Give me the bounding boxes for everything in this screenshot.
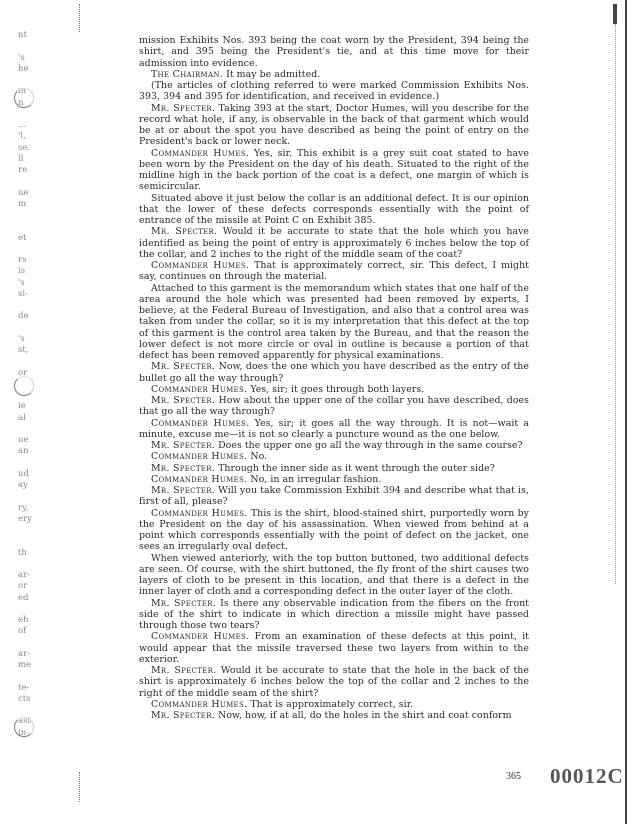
bleed-fragment [18,705,42,716]
speaker-name: Commander Humes. [151,508,248,519]
testimony-paragraph: mission Exhibits Nos. 393 being the coat… [139,35,529,69]
speaker-name: Mr. Specter. [151,665,216,676]
bleed-fragment: ue [18,435,42,446]
scan-edge-mark [613,4,617,24]
speaker-name: Commander Humes. [151,474,247,485]
testimony-paragraph: The Chairman. It may be admitted. [139,69,529,80]
testimony-paragraph: Commander Humes. That is approximately c… [139,260,529,283]
bleed-fragment: nt [18,30,42,41]
testimony-paragraph: Situated above it just below the collar … [139,193,529,227]
bleed-fragment: ue [18,188,42,199]
punch-hole-icon [14,376,34,396]
punch-hole-icon [14,88,34,108]
paragraph-text: Yes, sir; it goes through both layers. [247,384,424,395]
testimony-paragraph: Commander Humes. This is the shirt, bloo… [139,508,529,553]
speaker-name: Mr. Specter. [151,710,215,721]
testimony-paragraph: When viewed anteriorly, with the top but… [139,553,529,598]
bleed-fragment: me [18,660,42,671]
testimony-paragraph: Commander Humes. Yes, sir; it goes throu… [139,384,529,395]
bleed-fragment: 's [18,334,42,345]
page-number: 365 [506,771,521,782]
testimony-paragraph: Mr. Specter. Will you take Commission Ex… [139,485,529,508]
testimony-paragraph: Mr. Specter. Now, does the one which you… [139,361,529,384]
bleed-fragment: ed [18,593,42,604]
speaker-name: Mr. Specter. [151,485,215,496]
punch-hole-icon [14,717,34,737]
testimony-paragraph: (The articles of clothing referred to we… [139,80,529,103]
bleed-fragment: 's [18,278,42,289]
scan-edge-mark [79,4,81,32]
paragraph-text: Through the inner side as it went throug… [215,463,495,474]
bleed-fragment [18,109,42,120]
paragraph-text: (The articles of clothing referred to we… [139,80,529,102]
scan-edge-dots [615,24,617,584]
bleed-fragment: ery [18,514,42,525]
bleed-fragment: se. [18,143,42,154]
speaker-name: Mr. Specter. [151,361,215,372]
paragraph-text: Situated above it just below the collar … [139,193,529,227]
bleed-fragment: et [18,233,42,244]
bleed-fragment [18,75,42,86]
bleed-fragment: de [18,311,42,322]
testimony-paragraph: Mr. Specter. Through the inner side as i… [139,463,529,474]
testimony-paragraph: Commander Humes. No, in an irregular fas… [139,474,529,485]
bleed-fragment: he [18,64,42,75]
speaker-name: Commander Humes. [151,699,247,710]
paragraph-text: Does the upper one go all the way throug… [215,440,523,451]
testimony-body: mission Exhibits Nos. 393 being the coat… [139,35,529,721]
bleed-fragment: si- [18,289,42,300]
speaker-name: Commander Humes. [151,260,249,271]
bleed-fragment [18,41,42,52]
testimony-paragraph: Commander Humes. That is approximately c… [139,699,529,710]
testimony-paragraph: Mr. Specter. Taking 393 at the start, Do… [139,103,529,148]
bleed-fragment [18,244,42,255]
bleed-fragment [18,356,42,367]
bleed-fragment [18,638,42,649]
bleed-fragment: ud [18,469,42,480]
speaker-name: Commander Humes. [151,418,249,429]
speaker-name: Mr. Specter. [151,440,215,451]
speaker-name: Mr. Specter. [151,395,215,406]
paragraph-text: Attached to this garment is the memorand… [139,283,529,362]
testimony-paragraph: Commander Humes. No. [139,451,529,462]
paragraph-text: No. [247,451,267,462]
bleed-fragment: or [18,581,42,592]
page-edge-rule [625,0,627,824]
bleed-fragment: ... [18,120,42,131]
speaker-name: Mr. Specter. [151,463,215,474]
testimony-paragraph: Mr. Specter. Does the upper one go all t… [139,440,529,451]
speaker-name: Commander Humes. [151,384,247,395]
testimony-paragraph: Mr. Specter. Would it be accurate to sta… [139,226,529,260]
bleed-fragment: cts [18,694,42,705]
speaker-name: Commander Humes. [151,148,249,159]
testimony-paragraph: Mr. Specter. Now, how, if at all, do the… [139,710,529,721]
speaker-name: Mr. Specter. [151,103,215,114]
testimony-paragraph: Commander Humes. From an examination of … [139,631,529,665]
scanned-page: nt'shemn...'l,se.llreuemetrsis'ssi-de'ss… [0,0,640,824]
bleed-fragment: is [18,266,42,277]
bleed-fragment [18,525,42,536]
bleed-fragment: al [18,413,42,424]
bleed-fragment [18,491,42,502]
testimony-paragraph: Commander Humes. Yes, sir. This exhibit … [139,148,529,193]
bleed-fragment [18,671,42,682]
bleed-fragment [18,210,42,221]
bleed-fragment [18,323,42,334]
paragraph-text: That is approximately correct, sir. [247,699,413,710]
bleed-fragment: an [18,446,42,457]
bleed-fragment [18,176,42,187]
bleed-fragment: 's [18,53,42,64]
testimony-paragraph: Attached to this garment is the memorand… [139,283,529,362]
bleed-fragment [18,559,42,570]
bleed-fragment [18,221,42,232]
bleed-fragment: re [18,165,42,176]
paragraph-text: When viewed anteriorly, with the top but… [139,553,529,598]
speaker-name: Commander Humes. [151,451,247,462]
bates-number: 00012C [550,764,624,789]
scan-edge-mark [79,772,81,802]
bleed-fragment [18,604,42,615]
bleed-fragment: ll [18,154,42,165]
speaker-name: Mr. Specter. [151,226,217,237]
bleed-fragment: st, [18,345,42,356]
bleed-fragment: ry, [18,503,42,514]
paragraph-text: Now, how, if at all, do the holes in the… [215,710,511,721]
bleed-fragment [18,458,42,469]
bleed-fragment: te- [18,683,42,694]
bleed-fragment: m [18,199,42,210]
paragraph-text: mission Exhibits Nos. 393 being the coat… [139,35,529,69]
bleed-fragment: of [18,626,42,637]
speaker-name: Commander Humes. [151,631,249,642]
speaker-name: Mr. Specter. [151,598,216,609]
bleed-fragment: ar- [18,570,42,581]
bleed-fragment: ar- [18,649,42,660]
bleed-fragment [18,536,42,547]
testimony-paragraph: Mr. Specter. How about the upper one of … [139,395,529,418]
bleed-fragment [18,300,42,311]
bleed-fragment: eh [18,615,42,626]
testimony-paragraph: Mr. Specter. Would it be accurate to sta… [139,665,529,699]
speaker-name: The Chairman. [151,69,223,80]
bleed-fragment: ie [18,401,42,412]
bleed-fragment: ay [18,480,42,491]
testimony-paragraph: Commander Humes. Yes, sir; it goes all t… [139,418,529,441]
bleed-fragment: rs [18,255,42,266]
paragraph-text: It may be admitted. [223,69,320,80]
bleed-fragment [18,424,42,435]
paragraph-text: No, in an irregular fashion. [247,474,381,485]
bleed-fragment: th [18,548,42,559]
testimony-paragraph: Mr. Specter. Is there any observable ind… [139,598,529,632]
bleed-fragment: 'l, [18,131,42,142]
